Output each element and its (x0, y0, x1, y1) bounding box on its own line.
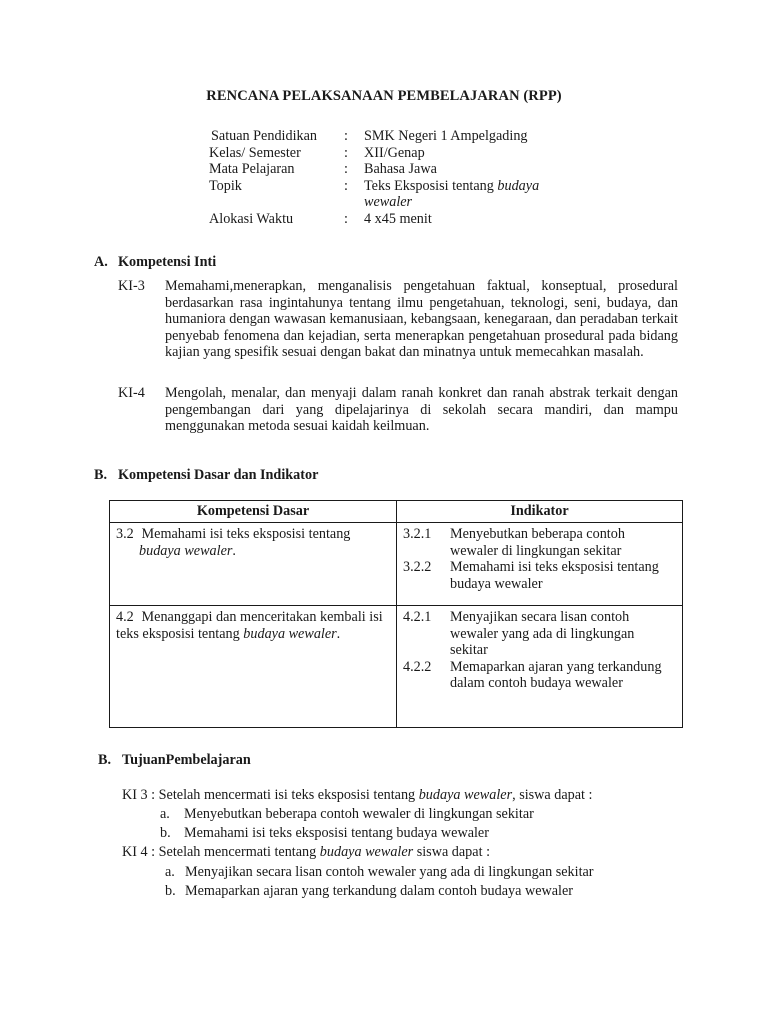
indicator-item: 4.2.2 Memaparkan ajaran yang terkandung … (403, 659, 676, 692)
identity-label: Kelas/ Semester (209, 145, 344, 162)
objective-marker: a. (160, 806, 184, 823)
section-b-heading: B.Kompetensi Dasar dan Indikator (94, 467, 318, 484)
identity-row-class: Kelas/ Semester : XII/Genap (209, 145, 584, 162)
section-c-heading: B.TujuanPembelajaran (98, 752, 251, 769)
objective-intro-plain: KI 3 : Setelah mencermati isi teks ekspo… (122, 787, 419, 803)
objective-text: Menyajikan secara lisan contoh wewaler y… (185, 864, 594, 881)
kd-text-italic: budaya wewaler (139, 543, 232, 559)
identity-label: Mata Pelajaran (209, 161, 344, 178)
section-title: TujuanPembelajaran (122, 752, 251, 768)
table-header-row: Kompetensi Dasar Indikator (110, 501, 683, 523)
kd-text: Menanggapi dan menceritakan kembali isi … (116, 609, 383, 642)
identity-label: Satuan Pendidikan (209, 128, 344, 145)
indicator-item: 4.2.1 Menyajikan secara lisan contoh wew… (403, 609, 676, 659)
objective-item: a. Menyebutkan beberapa contoh wewaler d… (160, 806, 534, 823)
topic-italic-line2: wewaler (364, 194, 412, 210)
indicator-number: 3.2.1 (403, 526, 450, 559)
identity-colon: : (344, 145, 364, 162)
table-row: 3.2 Memahami isi teks eksposisi tentang … (110, 523, 683, 606)
kd-suffix: . (232, 543, 236, 559)
objective-item: b. Memaparkan ajaran yang terkandung dal… (165, 883, 573, 900)
identity-label: Alokasi Waktu (209, 211, 344, 228)
objective-intro-suffix: , siswa dapat : (512, 787, 592, 803)
ki-item: KI-3 Memahami,menerapkan, menganalisis p… (118, 278, 678, 361)
kd-suffix: . (337, 626, 341, 642)
objective-text: Memahami isi teks eksposisi tentang buda… (184, 825, 489, 842)
objective-text: Memaparkan ajaran yang terkandung dalam … (185, 883, 573, 900)
objective-marker: b. (160, 825, 184, 842)
section-title: Kompetensi Inti (118, 254, 216, 270)
objective-item: b. Memahami isi teks eksposisi tentang b… (160, 825, 489, 842)
section-letter: B. (98, 752, 122, 769)
identity-value: 4 x45 menit (364, 211, 584, 228)
identity-value: Bahasa Jawa (364, 161, 584, 178)
indicator-item: 3.2.2 Memahami isi teks eksposisi tentan… (403, 559, 676, 592)
kd-cell: 3.2 Memahami isi teks eksposisi tentang … (110, 523, 397, 606)
identity-colon: : (344, 161, 364, 178)
identity-colon: : (344, 211, 364, 228)
document-title: RENCANA PELAKSANAAN PEMBELAJARAN (RPP) (0, 88, 768, 105)
section-letter: A. (94, 254, 118, 271)
identity-block: Satuan Pendidikan : SMK Negeri 1 Ampelga… (209, 128, 584, 228)
kd-text-italic: budaya wewaler (243, 626, 336, 642)
section-a-heading: A.Kompetensi Inti (94, 254, 216, 271)
indicator-text: Memahami isi teks eksposisi tentang buda… (450, 559, 670, 592)
indicator-text: Menyajikan secara lisan contoh wewaler y… (450, 609, 670, 659)
identity-row-school: Satuan Pendidikan : SMK Negeri 1 Ampelga… (209, 128, 584, 145)
section-letter: B. (94, 467, 118, 484)
section-title: Kompetensi Dasar dan Indikator (118, 467, 318, 483)
ki-item: KI-4 Mengolah, menalar, dan menyaji dala… (118, 385, 678, 435)
ki-code: KI-4 (118, 385, 165, 435)
indicator-text: Menyebutkan beberapa contoh wewaler di l… (450, 526, 670, 559)
kd-number: 3.2 (116, 526, 138, 543)
column-header: Kompetensi Dasar (110, 501, 397, 523)
ki-text: Mengolah, menalar, dan menyaji dalam ran… (165, 385, 678, 435)
indicator-cell: 3.2.1 Menyebutkan beberapa contoh wewale… (397, 523, 683, 606)
objective-marker: b. (165, 883, 185, 900)
table-row: 4.2 Menanggapi dan menceritakan kembali … (110, 606, 683, 728)
objective-marker: a. (165, 864, 185, 881)
identity-row-topic: Topik : Teks Eksposisi tentang budayawew… (209, 178, 584, 211)
ki-code: KI-3 (118, 278, 165, 361)
identity-value: Teks Eksposisi tentang budayawewaler (364, 178, 584, 211)
identity-value: XII/Genap (364, 145, 584, 162)
indicator-number: 4.2.2 (403, 659, 450, 692)
identity-colon: : (344, 178, 364, 211)
competency-table: Kompetensi Dasar Indikator 3.2 Memahami … (109, 500, 683, 728)
identity-row-subject: Mata Pelajaran : Bahasa Jawa (209, 161, 584, 178)
objective-item: a. Menyajikan secara lisan contoh wewale… (165, 864, 594, 881)
indicator-cell: 4.2.1 Menyajikan secara lisan contoh wew… (397, 606, 683, 728)
identity-label: Topik (209, 178, 344, 211)
indicator-text: Memaparkan ajaran yang terkandung dalam … (450, 659, 670, 692)
topic-plain: Teks Eksposisi tentang (364, 178, 497, 194)
identity-colon: : (344, 128, 364, 145)
identity-row-time: Alokasi Waktu : 4 x45 menit (209, 211, 584, 228)
indicator-number: 3.2.2 (403, 559, 450, 592)
kd-cell: 4.2 Menanggapi dan menceritakan kembali … (110, 606, 397, 728)
objective-intro: KI 3 : Setelah mencermati isi teks ekspo… (122, 787, 592, 804)
column-header: Indikator (397, 501, 683, 523)
indicator-item: 3.2.1 Menyebutkan beberapa contoh wewale… (403, 526, 676, 559)
objective-intro-suffix: siswa dapat : (413, 844, 490, 860)
indicator-number: 4.2.1 (403, 609, 450, 659)
objective-intro-plain: KI 4 : Setelah mencermati tentang (122, 844, 320, 860)
ki-text: Memahami,menerapkan, menganalisis penget… (165, 278, 678, 361)
objective-text: Menyebutkan beberapa contoh wewaler di l… (184, 806, 534, 823)
topic-italic: budaya (497, 178, 539, 194)
objective-intro: KI 4 : Setelah mencermati tentang budaya… (122, 844, 490, 861)
identity-value: SMK Negeri 1 Ampelgading (364, 128, 584, 145)
objective-intro-italic: budaya wewaler (419, 787, 512, 803)
kd-text: Memahami isi teks eksposisi tentang (142, 526, 351, 542)
kd-number: 4.2 (116, 609, 138, 626)
objective-intro-italic: budaya wewaler (320, 844, 413, 860)
